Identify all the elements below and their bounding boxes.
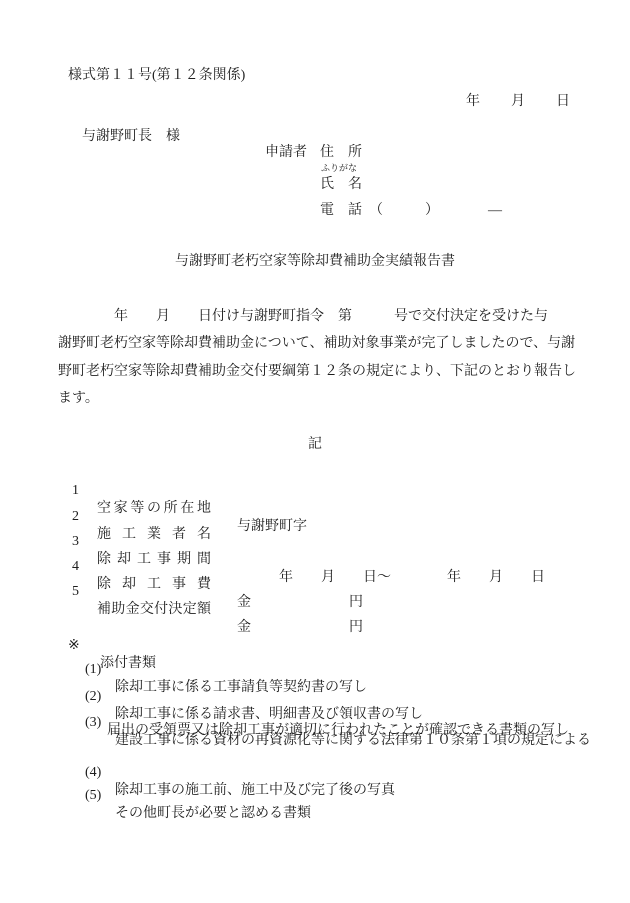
item-row-2: 2 施工業者名: [0, 490, 630, 508]
attachments-header: ※ 添付書類: [0, 619, 630, 637]
body-line-1: 年 月 日付け与謝野町指令 第 号で交付決定を受けた与: [58, 308, 548, 326]
date-line: 年 月 日: [466, 93, 571, 111]
attachment-number: (5): [85, 787, 101, 805]
item-label: 補助金交付決定額: [97, 601, 211, 619]
applicant-address-label: 住 所: [320, 144, 362, 162]
form-number: 様式第１１号(第１２条関係): [68, 67, 245, 85]
attachment-row-3: (3) 建設工事に係る資材の再資源化等に関する法律第１０条第１項の規定による: [0, 696, 630, 714]
attachment-text-continued: 届出の受領票又は除却工事が適切に行われたことが確認できる書類の写し: [107, 722, 569, 740]
item-row-1: 1 空家等の所在地 与謝野町字: [0, 464, 630, 482]
attachment-row-2: (2) 除却工事に係る請求書、明細書及び領収書の写し: [0, 670, 630, 688]
document-page: 様式第１１号(第１２条関係) 年 月 日 与謝野町長 様 申請者 住 所 ふりが…: [0, 0, 630, 903]
body-line-3: 野町老朽空家等除却費補助金交付要綱第１２条の規定により、下記のとおり報告し: [58, 363, 576, 381]
item-row-5: 5 補助金交付決定額 金 円: [0, 565, 630, 583]
applicant-furigana-label: ふりがな: [321, 163, 357, 174]
addressee: 与謝野町長 様: [82, 128, 180, 146]
attachment-row-1: (1) 除却工事に係る工事請負等契約書の写し: [0, 643, 630, 661]
item-row-3: 3 除却工事期間 年 月 日～ 年 月 日: [0, 515, 630, 533]
item-row-4: 4 除却工事費 金 円: [0, 540, 630, 558]
applicant-label: 申請者: [265, 144, 307, 162]
attachment-text: その他町長が必要と認める書類: [115, 805, 311, 823]
applicant-phone-line: 電 話 （ ） ―: [320, 202, 502, 220]
attachment-row-4: (4) 除却工事の施工前、施工中及び完了後の写真: [0, 746, 630, 764]
section-marker: 記: [0, 436, 630, 454]
applicant-name-label: 氏 名: [320, 176, 362, 194]
body-line-2: 謝野町老朽空家等除却費補助金について、補助対象事業が完了しましたので、与謝: [58, 335, 575, 353]
attachment-row-5: (5) その他町長が必要と認める書類: [0, 769, 630, 787]
item-number: 5: [72, 583, 79, 601]
item-value: 金 円: [237, 594, 363, 612]
attachment-number: (3): [85, 714, 101, 732]
document-title: 与謝野町老朽空家等除却費補助金実績報告書: [0, 253, 630, 271]
body-line-4: ます。: [58, 390, 99, 408]
